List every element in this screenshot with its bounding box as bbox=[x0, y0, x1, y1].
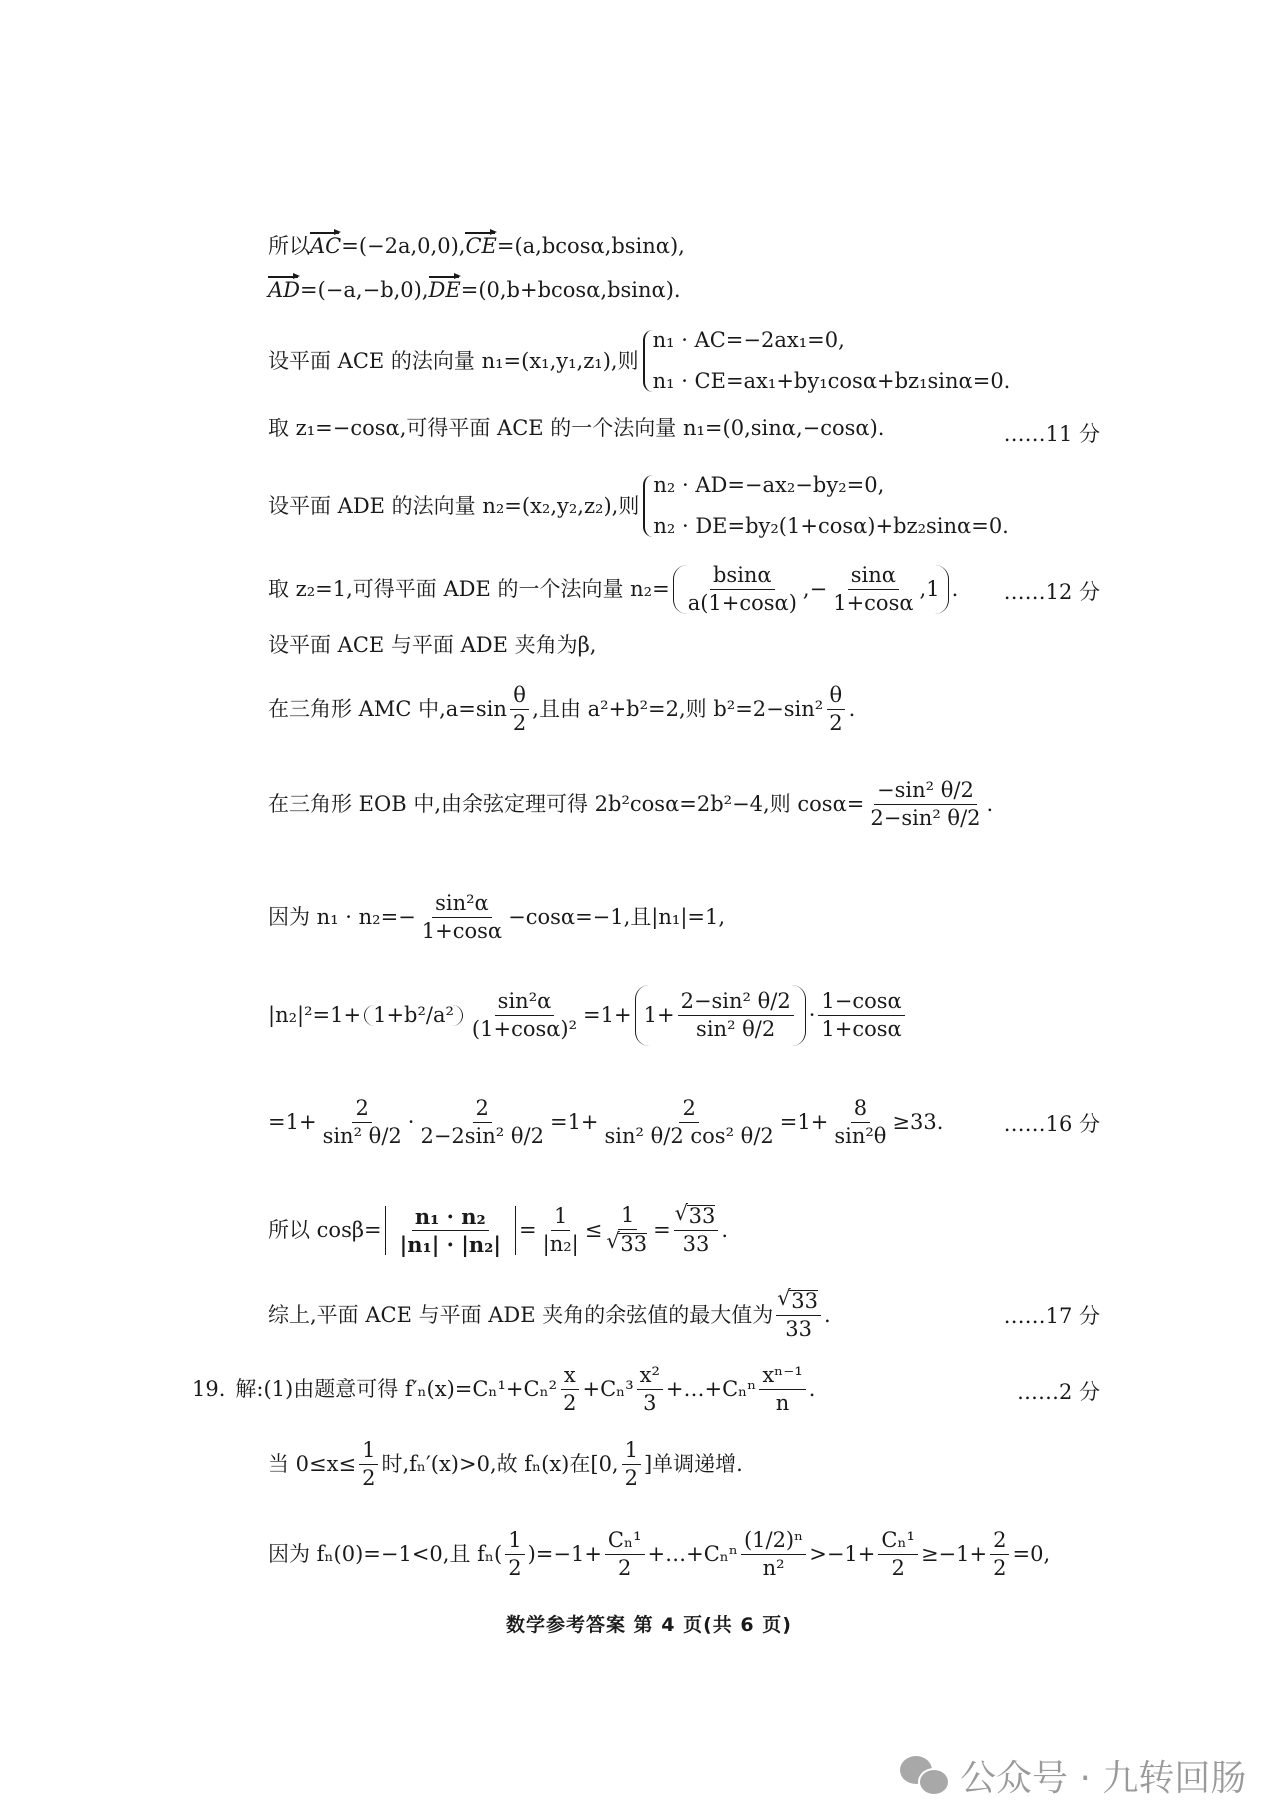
denominator: 33 bbox=[605, 1230, 650, 1255]
denominator: 2 bbox=[359, 1465, 378, 1489]
fraction: n₁ · n₂ |n₁| · |n₂| bbox=[397, 1206, 504, 1255]
score-mark: ……11 分 bbox=[1004, 418, 1100, 448]
denominator: |n₂| bbox=[540, 1231, 582, 1255]
numerator: 1−cosα bbox=[818, 991, 904, 1016]
text: 所以 cosβ= bbox=[268, 1220, 382, 1241]
text: ,且由 a²+b²=2,则 b²=2−sin² bbox=[532, 699, 823, 720]
text: −cosα=−1,且|n₁|=1, bbox=[508, 907, 725, 928]
text: |n₂|²=1+ bbox=[268, 1005, 361, 1026]
numerator: θ bbox=[827, 685, 846, 710]
denominator: 2−2sin² θ/2 bbox=[417, 1123, 547, 1147]
text: ]单调递增. bbox=[644, 1454, 743, 1475]
text: =1+ bbox=[550, 1112, 599, 1133]
vector-ad: AD bbox=[268, 280, 300, 301]
numerator: x² bbox=[637, 1365, 663, 1390]
text: 在三角形 EOB 中,由余弦定理可得 2b²cosα=2b²−4,则 cosα= bbox=[268, 794, 864, 815]
equation: n₁ · CE=ax₁+by₁cosα+bz₁sinα=0. bbox=[653, 371, 1011, 392]
text: 取 z₂=1,可得平面 ADE 的一个法向量 n₂= bbox=[268, 579, 670, 600]
fraction: xⁿ⁻¹ n bbox=[759, 1365, 805, 1414]
numerator: θ bbox=[510, 685, 529, 710]
text: ≥33. bbox=[892, 1112, 943, 1133]
equation: n₁ · AC=−2ax₁=0, bbox=[653, 330, 1011, 351]
text: . bbox=[824, 1305, 831, 1326]
text: . bbox=[849, 699, 856, 720]
line-normal-n2: 取 z₂=1,可得平面 ADE 的一个法向量 n₂= bsinα a(1+cos… bbox=[268, 565, 958, 614]
numerator: 1 bbox=[359, 1440, 378, 1465]
vector-de: DE bbox=[429, 280, 461, 301]
fraction: sin²α (1+cosα)² bbox=[469, 991, 580, 1040]
numerator: 33 bbox=[674, 1205, 719, 1231]
numerator: 2 bbox=[473, 1098, 492, 1123]
fraction: 33 33 bbox=[674, 1205, 719, 1255]
numerator: 1 bbox=[622, 1440, 641, 1465]
numerator: Cₙ¹ bbox=[605, 1530, 645, 1555]
numerator: x bbox=[561, 1365, 579, 1390]
text: 所以 bbox=[268, 236, 310, 257]
text: . bbox=[987, 794, 994, 815]
numerator: 2−sin² θ/2 bbox=[678, 991, 794, 1016]
text: 1+ bbox=[644, 1005, 675, 1026]
line-vectors-ad-de: AD =(−a,−b,0), DE =(0,b+bcosα,bsinα). bbox=[268, 280, 681, 301]
denominator: 3 bbox=[640, 1390, 659, 1414]
numerator: 1 bbox=[551, 1206, 570, 1231]
text: 综上,平面 ACE 与平面 ADE 夹角的余弦值的最大值为 bbox=[268, 1305, 773, 1326]
denominator: a(1+cosα) bbox=[685, 590, 800, 614]
text: . bbox=[809, 1379, 816, 1400]
denominator: 33 bbox=[680, 1231, 713, 1255]
denominator: n bbox=[773, 1390, 793, 1414]
denominator: 2 bbox=[622, 1465, 641, 1489]
square-root: 33 bbox=[789, 1290, 818, 1312]
line-conclusion: 综上,平面 ACE 与平面 ADE 夹角的余弦值的最大值为 33 33 . bbox=[268, 1290, 831, 1340]
text: 设平面 ACE 的法向量 n₁=(x₁,y₁,z₁),则 bbox=[268, 351, 639, 372]
fraction: (1/2)ⁿ n² bbox=[741, 1530, 806, 1579]
parenthesized-term: 1+b²/a² bbox=[364, 1005, 463, 1026]
page-footer: 数学参考答案 第 4 页(共 6 页) bbox=[506, 1610, 792, 1637]
fraction: Cₙ¹ 2 bbox=[878, 1530, 918, 1579]
fraction: x 2 bbox=[560, 1365, 579, 1414]
text: ,− bbox=[803, 579, 827, 600]
square-root: 33 bbox=[618, 1233, 647, 1255]
denominator: sin²θ bbox=[831, 1123, 889, 1147]
numerator: 33 bbox=[776, 1290, 821, 1316]
fraction: x² 3 bbox=[637, 1365, 663, 1414]
equation: n₂ · DE=by₂(1+cosα)+bz₂sinα=0. bbox=[653, 516, 1009, 537]
watermark: 公众号 · 九转回肠 bbox=[900, 1750, 1246, 1801]
line-n2-magnitude: |n₂|²=1+ 1+b²/a² sin²α (1+cosα)² =1+ 1+ … bbox=[268, 985, 908, 1046]
numerator: 2 bbox=[352, 1098, 371, 1123]
vector-components: bsinα a(1+cosα) ,− sinα 1+cosα ,1 bbox=[673, 565, 949, 614]
text: = bbox=[653, 1220, 671, 1241]
fraction: 1−cosα 1+cosα bbox=[818, 991, 904, 1040]
text: 当 0≤x≤ bbox=[268, 1454, 356, 1475]
text: +…+Cₙⁿ bbox=[648, 1544, 738, 1565]
fraction: Cₙ¹ 2 bbox=[605, 1530, 645, 1579]
numerator: 1 bbox=[505, 1530, 524, 1555]
watermark-text: 公众号 · 九转回肠 bbox=[960, 1750, 1246, 1801]
fraction: bsinα a(1+cosα) bbox=[685, 565, 800, 614]
text: >−1+ bbox=[809, 1544, 875, 1565]
fraction: θ 2 bbox=[510, 685, 529, 734]
equation-system: n₁ · AC=−2ax₁=0, n₁ · CE=ax₁+by₁cosα+bz₁… bbox=[643, 330, 1011, 392]
text: ≥−1+ bbox=[921, 1544, 987, 1565]
numerator: xⁿ⁻¹ bbox=[759, 1365, 805, 1390]
text: 解:(1)由题意可得 f′ₙ(x)=Cₙ¹+Cₙ² bbox=[235, 1379, 557, 1400]
vector-ce-value: =(a,bcosα,bsinα), bbox=[497, 236, 685, 257]
numerator: n₁ · n₂ bbox=[412, 1206, 489, 1231]
line-dot-product: 因为 n₁ · n₂=− sin²α 1+cosα −cosα=−1,且|n₁|… bbox=[268, 893, 725, 942]
numerator: 2 bbox=[990, 1530, 1009, 1555]
fraction: 1 33 bbox=[605, 1205, 650, 1255]
text: · bbox=[408, 1112, 415, 1133]
fraction: 1 2 bbox=[359, 1440, 378, 1489]
denominator: 2 bbox=[510, 710, 529, 734]
numerator: 1 bbox=[618, 1205, 637, 1230]
score-mark: ……12 分 bbox=[1004, 576, 1100, 606]
text: 设平面 ADE 的法向量 n₂=(x₂,y₂,z₂),则 bbox=[268, 496, 639, 517]
equation: n₂ · AD=−ax₂−by₂=0, bbox=[653, 475, 1009, 496]
line-triangle-eob: 在三角形 EOB 中,由余弦定理可得 2b²cosα=2b²−4,则 cosα=… bbox=[268, 780, 993, 829]
line-normal-ace-system: 设平面 ACE 的法向量 n₁=(x₁,y₁,z₁),则 n₁ · AC=−2a… bbox=[268, 330, 1010, 392]
fraction: 33 33 bbox=[776, 1290, 821, 1340]
text: ,1 bbox=[920, 579, 940, 600]
line-normal-n1: 取 z₁=−cosα,可得平面 ACE 的一个法向量 n₁=(0,sinα,−c… bbox=[268, 418, 884, 439]
line-angle-beta: 设平面 ACE 与平面 ADE 夹角为β, bbox=[268, 635, 596, 656]
line-vectors-ac-ce: 所以 AC =(−2a,0,0), CE =(a,bcosα,bsinα), bbox=[268, 236, 685, 257]
text: 因为 n₁ · n₂=− bbox=[268, 907, 416, 928]
vector-ce: CE bbox=[465, 236, 496, 257]
numerator: sinα bbox=[848, 565, 899, 590]
text: 在三角形 AMC 中,a=sin bbox=[268, 699, 507, 720]
fraction: 2 2−2sin² θ/2 bbox=[417, 1098, 547, 1147]
numerator: 8 bbox=[851, 1098, 870, 1123]
fraction: θ 2 bbox=[826, 685, 845, 734]
denominator: n² bbox=[760, 1555, 788, 1579]
denominator: 1+cosα bbox=[419, 918, 505, 942]
fraction: 1 |n₂| bbox=[540, 1206, 582, 1255]
fraction: 1 2 bbox=[622, 1440, 641, 1489]
denominator: 2−sin² θ/2 bbox=[867, 805, 983, 829]
text: =1+ bbox=[780, 1112, 829, 1133]
text: 取 z₁=−cosα,可得平面 ACE 的一个法向量 n₁=(0,sinα,−c… bbox=[268, 418, 884, 439]
denominator: 1+cosα bbox=[830, 590, 916, 614]
numerator: 2 bbox=[679, 1098, 698, 1123]
denominator: 2 bbox=[505, 1555, 524, 1579]
fraction: 2 2 bbox=[990, 1530, 1009, 1579]
text: =1+ bbox=[268, 1112, 317, 1133]
numerator: (1/2)ⁿ bbox=[741, 1530, 806, 1555]
text: +Cₙ³ bbox=[582, 1379, 633, 1400]
text: =0, bbox=[1012, 1544, 1050, 1565]
fraction: −sin² θ/2 2−sin² θ/2 bbox=[867, 780, 983, 829]
denominator: |n₁| · |n₂| bbox=[397, 1231, 504, 1255]
fraction: 2 sin² θ/2 cos² θ/2 bbox=[602, 1098, 777, 1147]
text: =1+ bbox=[583, 1005, 632, 1026]
numerator: bsinα bbox=[710, 565, 775, 590]
fraction: 2 sin² θ/2 bbox=[320, 1098, 405, 1147]
numerator: Cₙ¹ bbox=[878, 1530, 918, 1555]
line-zero-bound: 因为 fₙ(0)=−1<0,且 fₙ( 1 2 )=−1+ Cₙ¹ 2 +…+C… bbox=[268, 1530, 1050, 1579]
vector-de-value: =(0,b+bcosα,bsinα). bbox=[461, 280, 681, 301]
denominator: 33 bbox=[782, 1316, 815, 1340]
denominator: sin² θ/2 cos² θ/2 bbox=[602, 1123, 777, 1147]
vector-ac-value: =(−2a,0,0), bbox=[341, 236, 465, 257]
fraction: sinα 1+cosα bbox=[830, 565, 916, 614]
line-normal-ade-system: 设平面 ADE 的法向量 n₂=(x₂,y₂,z₂),则 n₂ · AD=−ax… bbox=[268, 475, 1009, 537]
vector-ad-value: =(−a,−b,0), bbox=[300, 280, 429, 301]
denominator: 2 bbox=[990, 1555, 1009, 1579]
fraction: 8 sin²θ bbox=[831, 1098, 889, 1147]
denominator: 1+cosα bbox=[818, 1016, 904, 1040]
score-mark: ……17 分 bbox=[1004, 1300, 1100, 1330]
line-n2-simplify: =1+ 2 sin² θ/2 · 2 2−2sin² θ/2 =1+ 2 sin… bbox=[268, 1098, 943, 1147]
text: )=−1+ bbox=[528, 1544, 602, 1565]
text: · bbox=[809, 1005, 816, 1026]
fraction: 2−sin² θ/2 sin² θ/2 bbox=[678, 991, 794, 1040]
absolute-value: n₁ · n₂ |n₁| · |n₂| bbox=[385, 1206, 516, 1255]
fraction: 1 2 bbox=[505, 1530, 524, 1579]
wechat-icon bbox=[900, 1756, 950, 1796]
text: +…+Cₙⁿ bbox=[666, 1379, 756, 1400]
score-mark: ……2 分 bbox=[1017, 1376, 1100, 1406]
parenthesized-term: 1+ 2−sin² θ/2 sin² θ/2 bbox=[635, 985, 806, 1046]
equation-system: n₂ · AD=−ax₂−by₂=0, n₂ · DE=by₂(1+cosα)+… bbox=[643, 475, 1009, 537]
text: 时,fₙ′(x)>0,故 fₙ(x)在[0, bbox=[381, 1454, 618, 1475]
denominator: 2 bbox=[826, 710, 845, 734]
line-triangle-amc: 在三角形 AMC 中,a=sin θ 2 ,且由 a²+b²=2,则 b²=2−… bbox=[268, 685, 855, 734]
score-mark: ……16 分 bbox=[1004, 1108, 1100, 1138]
text: 因为 fₙ(0)=−1<0,且 fₙ( bbox=[268, 1544, 502, 1565]
line-cos-beta: 所以 cosβ= n₁ · n₂ |n₁| · |n₂| = 1 |n₂| ≤ … bbox=[268, 1205, 728, 1255]
denominator: sin² θ/2 bbox=[320, 1123, 405, 1147]
text: = bbox=[519, 1220, 537, 1241]
denominator: (1+cosα)² bbox=[469, 1016, 580, 1040]
problem-number: 19. bbox=[192, 1379, 225, 1400]
line-problem-19: 19. 解:(1)由题意可得 f′ₙ(x)=Cₙ¹+Cₙ² x 2 +Cₙ³ x… bbox=[192, 1365, 815, 1414]
text: ≤ bbox=[585, 1220, 603, 1241]
text: . bbox=[952, 579, 959, 600]
vector-ac: AC bbox=[310, 236, 341, 257]
numerator: sin²α bbox=[432, 893, 492, 918]
numerator: −sin² θ/2 bbox=[874, 780, 977, 805]
text: . bbox=[721, 1220, 728, 1241]
line-monotonic: 当 0≤x≤ 1 2 时,fₙ′(x)>0,故 fₙ(x)在[0, 1 2 ]单… bbox=[268, 1440, 743, 1489]
denominator: 2 bbox=[615, 1555, 634, 1579]
square-root: 33 bbox=[687, 1205, 716, 1227]
denominator: 2 bbox=[560, 1390, 579, 1414]
fraction: sin²α 1+cosα bbox=[419, 893, 505, 942]
denominator: sin² θ/2 bbox=[693, 1016, 778, 1040]
numerator: sin²α bbox=[495, 991, 555, 1016]
text: 设平面 ACE 与平面 ADE 夹角为β, bbox=[268, 635, 596, 656]
denominator: 2 bbox=[888, 1555, 907, 1579]
